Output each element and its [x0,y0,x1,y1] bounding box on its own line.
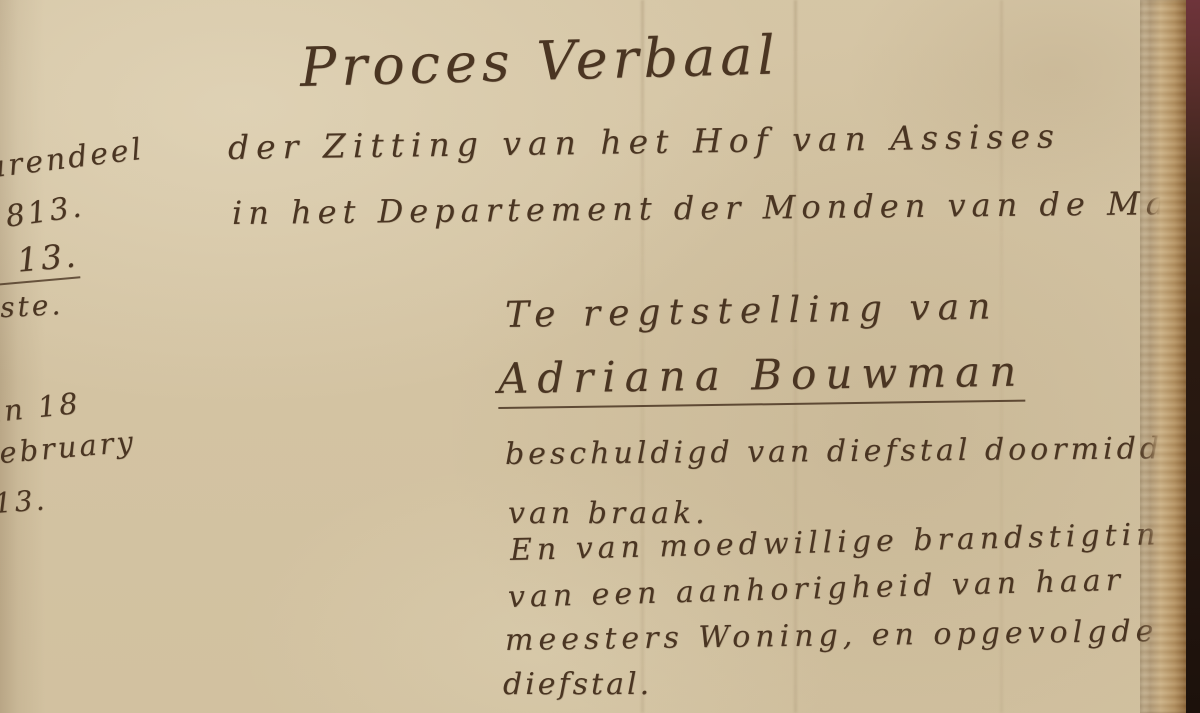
book-binding-edge [1186,0,1200,713]
arraignment-intro: Te regtstelling van [505,287,999,335]
document-title: Proces Verbaal [299,25,780,97]
book-page-edge [1140,0,1186,713]
margin-note-ordinal: tste. [0,290,64,325]
margin-note-year: 1813. [0,190,86,237]
charge-line: meesters Woning, en opgevolgde [505,615,1159,657]
margin-note-case-number: 2 13. [0,237,80,287]
margin-note-register: urendeel [0,133,146,185]
charge-line: van braak. [508,497,709,530]
margin-note-year-short: 13. [0,485,48,519]
charge-line: diefstal. [503,668,652,701]
charge-line: beschuldigd van diefstal doormiddel [505,432,1199,471]
charge-line: van een aanhorigheid van haar [508,564,1126,614]
header-line-department: in het Departement der Monden van de Maa… [232,186,1200,232]
margin-note-month: February [0,426,137,472]
manuscript-photo: urendeel 1813. 2 13. tste. an 18 Februar… [0,0,1200,713]
accused-name-underlined: Adriana Bouwman [498,349,1026,410]
margin-note-day: an 18 [0,388,82,430]
header-line-court: der Zitting van het Hof van Assises [228,118,1061,166]
